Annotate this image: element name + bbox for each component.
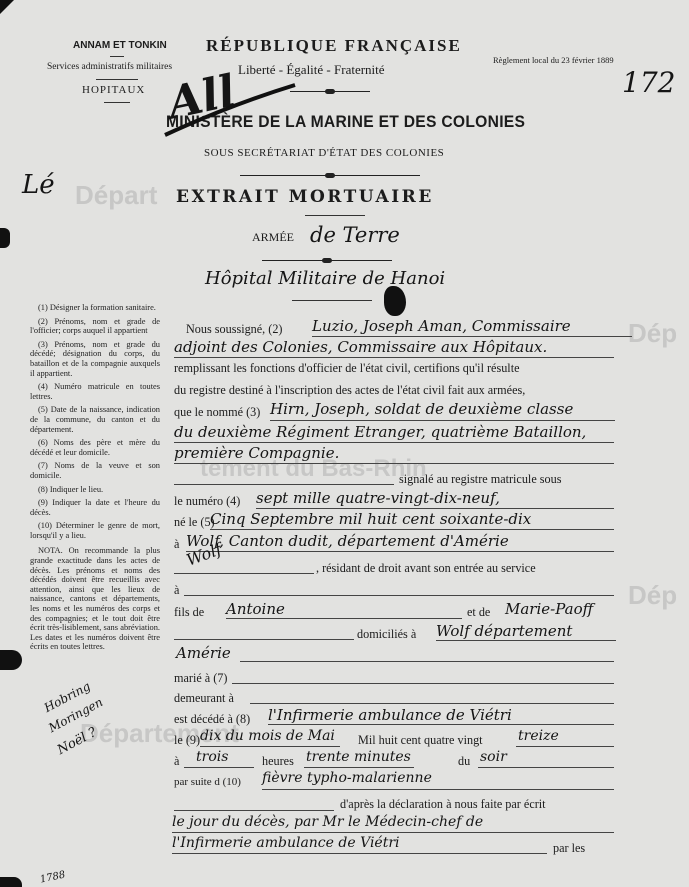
hours-label: heures xyxy=(262,754,294,769)
watermark: Dép xyxy=(628,580,677,611)
ink-blot xyxy=(0,650,22,670)
deceased-value: Hirn, Joseph, soldat de deuxième classe xyxy=(270,400,573,418)
formation-name: Hôpital Militaire de Hanoi xyxy=(205,268,445,289)
army-label: ARMÉE xyxy=(252,230,294,245)
fill-line xyxy=(174,639,354,640)
domicile-value: Wolf département xyxy=(436,622,572,640)
footnote: (8) Indiquer le lieu. xyxy=(30,485,160,495)
by-label: par les xyxy=(553,841,585,856)
birth-place-label: à xyxy=(174,537,179,552)
death-date-label: le (9) xyxy=(174,733,200,748)
fill-line xyxy=(174,442,614,443)
time-of-day-value: soir xyxy=(480,749,507,765)
folio-number: 172 xyxy=(622,66,675,99)
fill-line xyxy=(304,767,414,768)
of-label: du xyxy=(458,754,470,769)
declaration-label: d'après la déclaration à nous faite par … xyxy=(340,797,546,812)
divider xyxy=(110,56,124,57)
death-date-value: dix du mois de Mai xyxy=(200,728,335,744)
service-header: Services administratifs militaires xyxy=(47,62,172,72)
living-label: demeurant à xyxy=(174,691,234,706)
declaration-value: l'Infirmerie ambulance de Viétri xyxy=(172,835,400,851)
army-value: de Terre xyxy=(310,223,400,247)
fill-line xyxy=(270,420,615,421)
death-place-label: est décédé à (8) xyxy=(174,712,250,727)
matricule-label: signalé au registre matricule sous xyxy=(399,472,561,487)
mortuary-extract-page: Départ Dép tement du Bas-Rhin Dép Départ… xyxy=(0,0,689,887)
watermark: Dép xyxy=(628,318,677,349)
nota-paragraph: NOTA. On recommande la plus grande exact… xyxy=(30,546,160,652)
death-place-value: l'Infirmerie ambulance de Viétri xyxy=(268,706,512,724)
fill-line xyxy=(478,767,614,768)
fill-line xyxy=(516,746,614,747)
signatory-value: adjoint des Colonies, Commissaire aux Hô… xyxy=(174,338,547,356)
fill-line xyxy=(268,724,614,725)
divider xyxy=(104,102,130,103)
sub-ministry: SOUS SECRÉTARIAT D'ÉTAT DES COLONIES xyxy=(204,147,444,159)
fill-line xyxy=(250,703,614,704)
footnote: (3) Prénoms, nom et grade du décédé; dés… xyxy=(30,340,160,378)
document-title: EXTRAIT MORTUAIRE xyxy=(176,187,434,207)
matricule-number-value: sept mille quatre-vingt-dix-neuf, xyxy=(256,489,500,507)
deceased-value: première Compagnie. xyxy=(174,444,339,462)
archive-number: 1788 xyxy=(39,869,66,885)
fill-line xyxy=(436,640,616,641)
declaration-value: le jour du décès, par Mr le Médecin-chef… xyxy=(172,814,483,830)
fill-line xyxy=(174,463,614,464)
birth-date-value: Cinq Septembre mil huit cent soixante-di… xyxy=(210,510,531,528)
fill-line xyxy=(172,832,614,833)
domicile-value: Amérie xyxy=(176,644,231,662)
strike-stroke xyxy=(160,80,300,140)
father-label: fils de xyxy=(174,605,204,620)
fill-line xyxy=(262,789,614,790)
year-text: Mil huit cent quatre vingt xyxy=(358,733,483,748)
ink-blot xyxy=(384,286,406,316)
margin-mark: Lé xyxy=(22,170,55,200)
signatory-label: Nous soussigné, (2) xyxy=(186,322,282,337)
watermark: Départ xyxy=(75,180,157,211)
domicile-label: domiciliés à xyxy=(357,627,416,642)
footnote: (9) Indiquer la date et l'heure du décès… xyxy=(30,498,160,517)
torn-corner xyxy=(0,0,14,14)
signatory-value: Luzio, Joseph Aman, Commissaire xyxy=(312,317,571,335)
married-label: marié à (7) xyxy=(174,671,227,686)
fill-line xyxy=(256,508,614,509)
cause-of-death-value: fièvre typho-malarienne xyxy=(262,770,432,786)
fill-line xyxy=(240,661,614,662)
born-label: né le (5) xyxy=(174,515,215,530)
torn-corner xyxy=(0,877,22,887)
region-header: ANNAM ET TONKIN xyxy=(73,40,167,51)
ornament-divider xyxy=(240,175,420,176)
republic-title: RÉPUBLIQUE FRANÇAISE xyxy=(206,36,462,56)
fill-line xyxy=(184,767,254,768)
fill-line xyxy=(174,810,334,811)
footnote: (7) Noms de la veuve et son domicile. xyxy=(30,461,160,480)
statement-text: remplissant les fonctions d'officier de … xyxy=(174,361,520,376)
statement-text: du registre destiné à l'inscription des … xyxy=(174,383,525,398)
fill-line xyxy=(232,683,614,684)
fill-line xyxy=(210,529,614,530)
deceased-label: que le nommé (3) xyxy=(174,405,260,420)
death-minutes-value: trente minutes xyxy=(306,749,411,765)
birth-place-value: Wolf, Canton dudit, département d'Amérie xyxy=(186,532,509,550)
divider xyxy=(305,215,365,216)
ornament-divider xyxy=(262,260,392,261)
fill-line xyxy=(174,484,394,485)
footnote: (10) Déterminer le genre de mort, lorsqu… xyxy=(30,521,160,540)
fill-line xyxy=(312,336,632,337)
divider xyxy=(292,300,372,301)
republic-motto: Liberté - Égalité - Fraternité xyxy=(238,62,385,78)
fill-line xyxy=(184,595,614,596)
mother-label: et de xyxy=(467,605,490,620)
fill-line xyxy=(174,357,614,358)
fill-line xyxy=(172,853,547,854)
ink-blot xyxy=(0,228,10,248)
fill-line xyxy=(226,618,462,619)
footnote: (5) Date de la naissance, indication de … xyxy=(30,405,160,434)
footnote: (4) Numéro matricule en toutes lettres. xyxy=(30,382,160,401)
deceased-value: du deuxième Régiment Etranger, quatrième… xyxy=(174,423,586,441)
residence-place-label: à xyxy=(174,583,179,598)
death-year-value: treize xyxy=(518,728,559,744)
number-label: le numéro (4) xyxy=(174,494,240,509)
department-header: HOPITAUX xyxy=(82,84,145,96)
fill-line xyxy=(200,746,340,747)
regulation-reference: Règlement local du 23 février 1889 xyxy=(493,55,614,65)
mother-name: Marie-Paoff xyxy=(505,600,593,618)
footnote: (6) Noms des père et mère du décédé et l… xyxy=(30,438,160,457)
residence-label: , résidant de droit avant son entrée au … xyxy=(316,561,536,576)
ornament-divider xyxy=(290,91,370,92)
father-name: Antoine xyxy=(226,600,285,618)
footnotes: (1) Désigner la formation sanitaire. (2)… xyxy=(30,303,160,656)
fill-line xyxy=(174,573,314,574)
footnote: (2) Prénoms, nom et grade de l'officier;… xyxy=(30,317,160,336)
fill-line xyxy=(186,551,614,552)
divider xyxy=(96,79,138,80)
hour-label: à xyxy=(174,754,179,769)
death-hour-value: trois xyxy=(196,749,228,765)
footnote: (1) Désigner la formation sanitaire. xyxy=(30,303,160,313)
cause-label: par suite d (10) xyxy=(174,776,241,788)
